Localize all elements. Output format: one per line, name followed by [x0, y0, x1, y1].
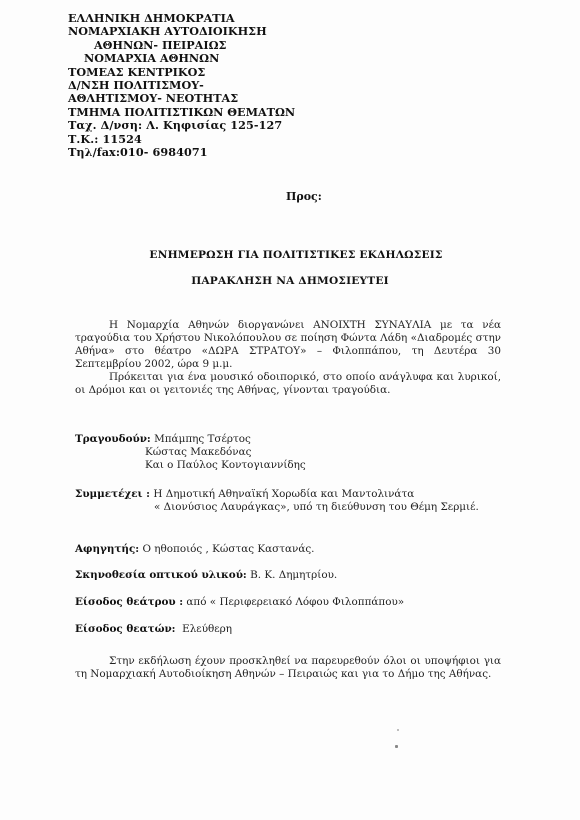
- narrator-value: Ο ηθοποιός , Κώστας Καστανάς.: [142, 543, 314, 555]
- document-title: ΕΝΗΜΕΡΩΣΗ ΓΙΑ ΠΟΛΙΤΙΣΤΙΚΕΣ ΕΚΔΗΛΩΣΕΙΣ: [6, 249, 580, 261]
- intro-paragraph: Πρόκειται για ένα μουσικό οδοιπορικό, στ…: [75, 371, 501, 397]
- postal-address: Ταχ. Δ/νση: Λ. Κηφισίας 125-127: [68, 119, 295, 132]
- participants-field: Συμμετέχει : Η Δημοτική Αθηναϊκή Χορωδία…: [75, 488, 495, 514]
- audience-entry-label: Είσοδος θεατών:: [75, 623, 176, 635]
- narrator-label: Αφηγητής:: [75, 543, 139, 555]
- document-subtitle: ΠΑΡΑΚΛΗΣΗ ΝΑ ΔΗΜΟΣΙΕΥΤΕΙ: [0, 275, 580, 287]
- singers-field: Τραγουδούν: Μπάμπης Τσέρτος Κώστας Μακεδ…: [75, 433, 306, 472]
- letterhead-line: ΕΛΛΗΝΙΚΗ ΔΗΜΟΚΡΑΤΙΑ: [68, 12, 295, 25]
- letterhead-line: Δ/ΝΣΗ ΠΟΛΙΤΙΣΜΟΥ-: [68, 79, 295, 92]
- singer-name: Κώστας Μακεδόνας: [75, 446, 306, 459]
- participants-value-continued: « Διονύσιος Λαυράγκας», υπό τη διεύθυνση…: [75, 501, 495, 514]
- postal-code: Τ.Κ.: 11524: [68, 133, 295, 146]
- singers-label: Τραγουδούν:: [75, 433, 151, 445]
- letterhead-line: ΤΜΗΜΑ ΠΟΛΙΤΙΣΤΙΚΩΝ ΘΕΜΑΤΩΝ: [68, 106, 295, 119]
- intro-section: Η Νομαρχία Αθηνών διοργανώνει ΑΝΟΙΧΤΗ ΣΥ…: [75, 319, 501, 397]
- theatre-entrance-value: από « Περιφερειακό Λόφου Φιλοππάπου»: [186, 596, 404, 608]
- letterhead-line: ΝΟΜΑΡΧΙΑΚΗ ΑΥΤΟΔΙΟΙΚΗΣΗ: [68, 25, 295, 38]
- theatre-entrance-field: Είσοδος θεάτρου : από « Περιφερειακό Λόφ…: [75, 596, 404, 609]
- letterhead: ΕΛΛΗΝΙΚΗ ΔΗΜΟΚΡΑΤΙΑ ΝΟΜΑΡΧΙΑΚΗ ΑΥΤΟΔΙΟΙΚ…: [68, 12, 295, 159]
- letterhead-line: ΤΟΜΕΑΣ ΚΕΝΤΡΙΚΟΣ: [68, 66, 295, 79]
- participants-value: Η Δημοτική Αθηναϊκή Χορωδία και Μαντολιν…: [153, 488, 414, 500]
- phone-fax: Τηλ/fax:010- 6984071: [68, 146, 295, 159]
- recipient-label: Προς:: [286, 190, 322, 203]
- scan-speck: [395, 745, 398, 748]
- narrator-field: Αφηγητής: Ο ηθοποιός , Κώστας Καστανάς.: [75, 543, 314, 556]
- visual-direction-value: Β. Κ. Δημητρίου.: [250, 569, 337, 581]
- intro-paragraph: Η Νομαρχία Αθηνών διοργανώνει ΑΝΟΙΧΤΗ ΣΥ…: [75, 319, 501, 371]
- visual-direction-field: Σκηνοθεσία οπτικού υλικού: Β. Κ. Δημητρί…: [75, 569, 337, 582]
- letterhead-line: ΑΘΛΗΤΙΣΜΟΥ- ΝΕΟΤΗΤΑΣ: [68, 92, 295, 105]
- closing-paragraph: Στην εκδήλωση έχουν προσκληθεί να παρευρ…: [75, 655, 501, 681]
- scan-speck: [148, 28, 149, 29]
- participants-label: Συμμετέχει :: [75, 488, 150, 500]
- scan-speck: [397, 729, 399, 731]
- theatre-entrance-label: Είσοδος θεάτρου :: [75, 596, 183, 608]
- visual-direction-label: Σκηνοθεσία οπτικού υλικού:: [75, 569, 247, 581]
- audience-entry-field: Είσοδος θεατών: Ελεύθερη: [75, 623, 232, 636]
- scanned-document-page: ΕΛΛΗΝΙΚΗ ΔΗΜΟΚΡΑΤΙΑ ΝΟΜΑΡΧΙΑΚΗ ΑΥΤΟΔΙΟΙΚ…: [0, 0, 580, 820]
- singer-name: Και ο Παύλος Κοντογιαννίδης: [75, 459, 306, 472]
- closing-section: Στην εκδήλωση έχουν προσκληθεί να παρευρ…: [75, 655, 501, 681]
- letterhead-line: ΝΟΜΑΡΧΙΑ ΑΘΗΝΩΝ: [68, 52, 295, 65]
- letterhead-line: ΑΘΗΝΩΝ- ΠΕΙΡΑΙΩΣ: [68, 39, 295, 52]
- audience-entry-value: Ελεύθερη: [182, 623, 232, 635]
- singer-name: Μπάμπης Τσέρτος: [154, 433, 251, 445]
